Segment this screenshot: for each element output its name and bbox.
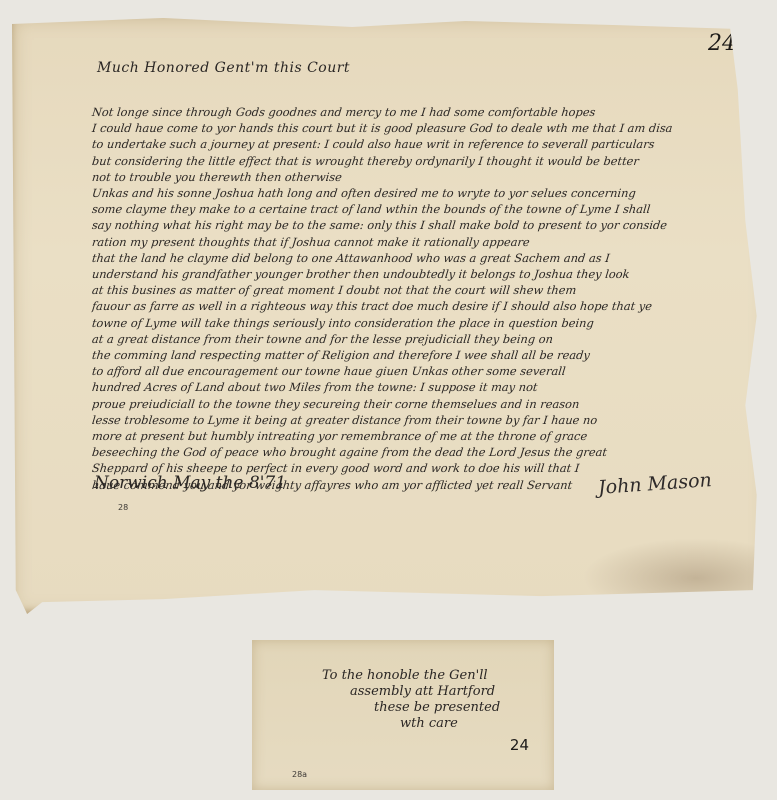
page-number: 24 (708, 31, 736, 56)
body-line: ration my present thoughts that if Joshu… (91, 234, 743, 250)
body-line: towne of Lyme will take things seriously… (91, 315, 743, 331)
folio-number: 28 (118, 503, 128, 512)
address-line: To the honoble the Gen'll (322, 668, 500, 684)
ink-bleed-stain (582, 538, 772, 618)
dateline: Norwich May the 8'71 (94, 473, 286, 493)
body-line: Not longe since through Gods goodnes and… (91, 104, 743, 120)
letter-body: Not longe since through Gods goodnes and… (92, 104, 742, 493)
body-line: but considering the little effect that i… (91, 153, 743, 169)
body-line: I could haue come to yor hands this cour… (91, 120, 743, 136)
address-folio-number: 28a (292, 770, 307, 779)
body-line: some clayme they make to a certaine trac… (91, 201, 743, 217)
body-line: say nothing what his right may be to the… (91, 217, 743, 233)
body-line: hundred Acres of Land about two Miles fr… (91, 379, 743, 395)
body-line: lesse troblesome to Lyme it being at gre… (91, 412, 743, 428)
address-leaf: To the honoble the Gen'll assembly att H… (252, 640, 554, 790)
address-line: these be presented (322, 700, 500, 716)
body-line: to undertake such a journey at present: … (91, 136, 743, 152)
body-line: beseeching the God of peace who brought … (91, 444, 743, 460)
address-text: To the honoble the Gen'll assembly att H… (322, 668, 500, 732)
manuscript-letter: 24 Much Honored Gent'm this Court Not lo… (12, 18, 768, 614)
body-line: understand his grandfather younger broth… (91, 266, 743, 282)
body-line: at this busines as matter of great momen… (91, 282, 743, 298)
body-line: not to trouble you therewth then otherwi… (91, 169, 743, 185)
body-line: the comming land respecting matter of Re… (91, 347, 743, 363)
salutation: Much Honored Gent'm this Court (97, 60, 350, 76)
body-line: proue preiudiciall to the towne they sec… (91, 396, 743, 412)
address-line: assembly att Hartford (322, 684, 500, 700)
body-line: Unkas and his sonne Joshua hath long and… (91, 185, 743, 201)
body-line: to afford all due encouragement our town… (91, 363, 743, 379)
address-line: wth care (322, 716, 500, 732)
body-line: fauour as farre as well in a righteous w… (91, 298, 743, 314)
body-line: that the land he clayme did belong to on… (91, 250, 743, 266)
address-number: 24 (510, 736, 529, 754)
body-line: at a great distance from their towne and… (91, 331, 743, 347)
body-line: more at present but humbly intreating yo… (91, 428, 743, 444)
